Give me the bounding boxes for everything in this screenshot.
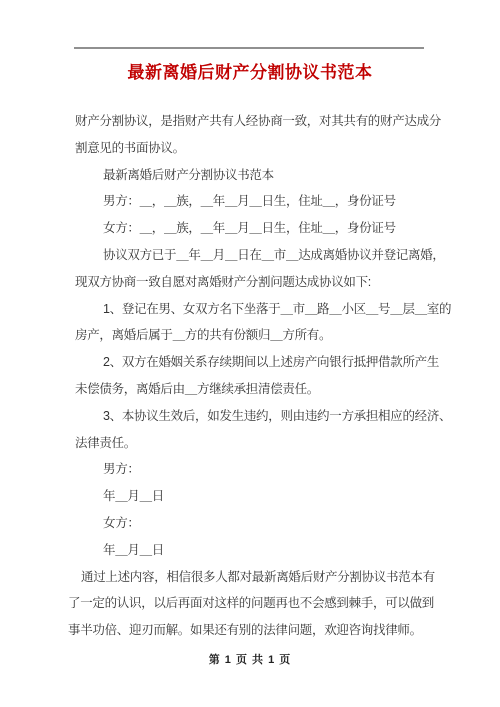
text-line: 财产分割协议，是指财产共有人经协商一致，对其共有的财产达成分 bbox=[75, 108, 435, 135]
text-line: 女方：＿，＿族，＿年＿月＿日生，住址＿，身份证号 bbox=[75, 215, 435, 242]
text-line: 事半功倍、迎刃而解。如果还有别的法律问题，欢迎咨询找律师。 bbox=[68, 617, 435, 644]
text-line: 1、登记在男、女双方名下坐落于＿市＿路＿小区＿号＿层＿室的 bbox=[75, 296, 435, 323]
page-footer: 第 1 页 共 1 页 bbox=[0, 651, 500, 667]
text-line: 割意见的书面协议。 bbox=[75, 135, 435, 162]
text-line: 男方：＿，＿族，＿年＿月＿日生，住址＿，身份证号 bbox=[75, 188, 435, 215]
text-line: 年＿月＿日 bbox=[75, 483, 435, 510]
document-page: 最新离婚后财产分割协议书范本 财产分割协议，是指财产共有人经协商一致，对其共有的… bbox=[0, 0, 500, 707]
text-line: 房产，离婚后属于＿方的共有份额归＿方所有。 bbox=[75, 322, 435, 349]
text-line: 男方： bbox=[75, 456, 435, 483]
text-line: 法律责任。 bbox=[75, 430, 435, 457]
text-line: 最新离婚后财产分割协议书范本 bbox=[75, 162, 435, 189]
document-body: 财产分割协议，是指财产共有人经协商一致，对其共有的财产达成分割意见的书面协议。最… bbox=[75, 108, 435, 644]
text-line: 女方： bbox=[75, 510, 435, 537]
text-line: 未偿债务，离婚后由＿方继续承担清偿责任。 bbox=[75, 376, 435, 403]
text-line: 3、本协议生效后，如发生违约，则由违约一方承担相应的经济、 bbox=[75, 403, 435, 430]
text-line: 现双方协商一致自愿对离婚财产分割问题达成协议如下: bbox=[75, 269, 435, 296]
text-line: 2、双方在婚姻关系存续期间以上述房产向银行抵押借款所产生 bbox=[75, 349, 435, 376]
text-line: 了一定的认识，以后再面对这样的问题再也不会感到棘手，可以做到 bbox=[68, 590, 435, 617]
top-divider bbox=[74, 47, 424, 49]
document-title: 最新离婚后财产分割协议书范本 bbox=[0, 58, 500, 83]
text-line: 年＿月＿日 bbox=[75, 537, 435, 564]
text-line: 通过上述内容，相信很多人都对最新离婚后财产分割协议书范本有 bbox=[68, 564, 435, 591]
text-line: 协议双方已于＿年＿月＿日在＿市＿达成离婚协议并登记离婚， bbox=[75, 242, 435, 269]
